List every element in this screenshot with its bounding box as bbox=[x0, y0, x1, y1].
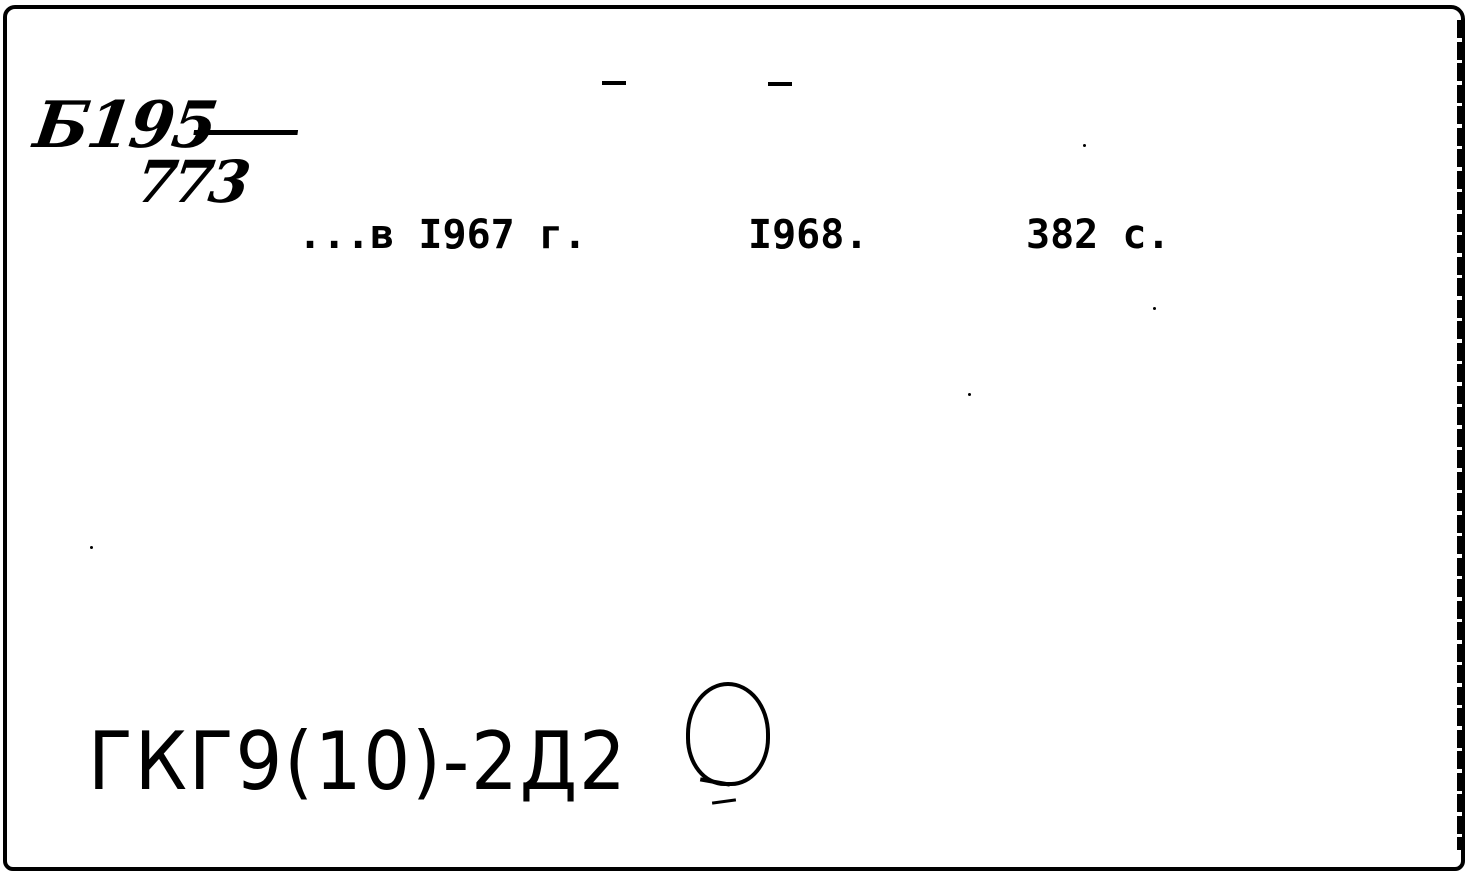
typed-pages: 382 с. bbox=[1026, 212, 1171, 258]
speck bbox=[90, 546, 93, 549]
shelfmark-divider bbox=[193, 130, 298, 135]
stamp-circle-icon bbox=[686, 682, 770, 786]
typed-publication-note: ...в I967 г. bbox=[298, 212, 587, 258]
shelfmark-bottom: 773 bbox=[132, 148, 251, 216]
dash-mark bbox=[768, 82, 792, 86]
card-edge-strip bbox=[1457, 20, 1462, 850]
speck bbox=[1083, 144, 1086, 147]
speck bbox=[968, 393, 971, 396]
speck bbox=[1153, 307, 1156, 310]
call-number: ГКГ9(10)-2Д2 bbox=[88, 715, 628, 808]
dash-mark bbox=[602, 81, 626, 85]
typed-year: I968. bbox=[748, 212, 868, 258]
